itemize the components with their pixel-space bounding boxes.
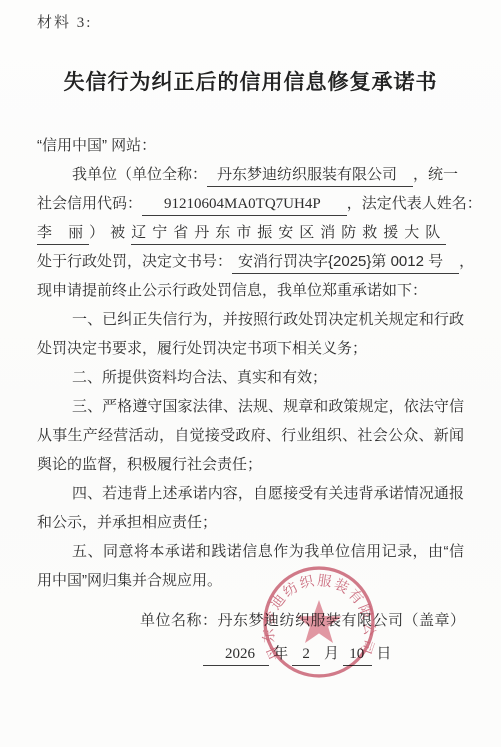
unit-fullname-value: 丹东梦迪纺织服装有限公司 [207,164,413,187]
commitment-item-3: 三、严格遵守国家法律、法规、规章和政策规定，依法守信从事生产经营活动，自觉接受政… [37,392,464,479]
legal-rep-label: ，法定代表人姓名： [347,195,482,212]
paragraph-line-2: 社会信用代码：91210604MA0TQ7UH4P，法定代表人姓名： [37,189,464,218]
date-day-label: 日 [376,645,391,662]
credit-code-label: 社会信用代码： [37,195,142,212]
scanned-document-page: 材料 3: 失信行为纠正后的信用信息修复承诺书 “信用中国” 网站： 我单位（单… [0,0,501,747]
paragraph-line-3-mid: ）被 [89,224,131,241]
unit-fullname-label: 我单位（单位全称： [72,166,207,183]
date-year-value: 2026 [203,644,269,666]
commitment-item-4: 四、若违背上述承诺内容，自愿接受有关违背承诺情况通报和公示，并承担相应责任； [37,479,464,537]
legal-rep-value: 李 丽 [37,222,89,245]
date-day-value: 10 [343,644,372,666]
credit-code-value: 91210604MA0TQ7UH4P [142,193,347,216]
paragraph-line-1: 我单位（单位全称：丹东梦迪纺织服装有限公司，统一 [37,160,464,189]
commitment-item-2: 二、所提供资料均合法、真实和有效； [37,363,464,392]
punishing-authority-value: 辽宁省丹东市振安区消防救援大队 [131,222,446,245]
paragraph-line-3: 李 丽）被辽宁省丹东市振安区消防救援大队 [37,218,464,247]
paragraph-line-4: 处于行政处罚，决定文书号：安消行罚决字{2025}第 0012 号， [37,247,464,276]
signature-date-line: 2026 年 2 月 10 日 [203,642,391,666]
material-label: 材料 3: [37,11,92,32]
commitment-item-1: 一、已纠正失信行为，并按照行政处罚决定机关规定和行政处罚决定书要求，履行处罚决定… [37,305,464,363]
date-month-value: 2 [292,644,320,666]
decision-doc-label: 处于行政处罚，决定文书号： [37,253,232,270]
salutation: “信用中国” 网站： [37,131,464,160]
unit-name-label: 单位名称： [140,612,218,629]
unit-name-value: 丹东梦迪纺织服装有限公司（盖章） [218,612,466,629]
paragraph-line-4-tail: ， [459,253,474,270]
document-body: “信用中国” 网站： 我单位（单位全称：丹东梦迪纺织服装有限公司，统一 社会信用… [37,131,464,595]
signature-unit-line: 单位名称：丹东梦迪纺织服装有限公司（盖章） [140,609,466,630]
date-month-label: 月 [324,645,339,662]
date-year-label: 年 [273,645,288,662]
paragraph-line-1-tail: ，统一 [413,166,458,183]
document-title: 失信行为纠正后的信用信息修复承诺书 [0,66,501,96]
commitment-item-5: 五、同意将本承诺和践诺信息作为我单位信用记录，由“信用中国”网归集并合规应用。 [37,537,464,595]
decision-doc-number: 安消行罚决字{2025}第 0012 号 [232,251,459,274]
paragraph-line-5: 现申请提前终止公示行政处罚信息，我单位郑重承诺如下： [37,276,464,305]
